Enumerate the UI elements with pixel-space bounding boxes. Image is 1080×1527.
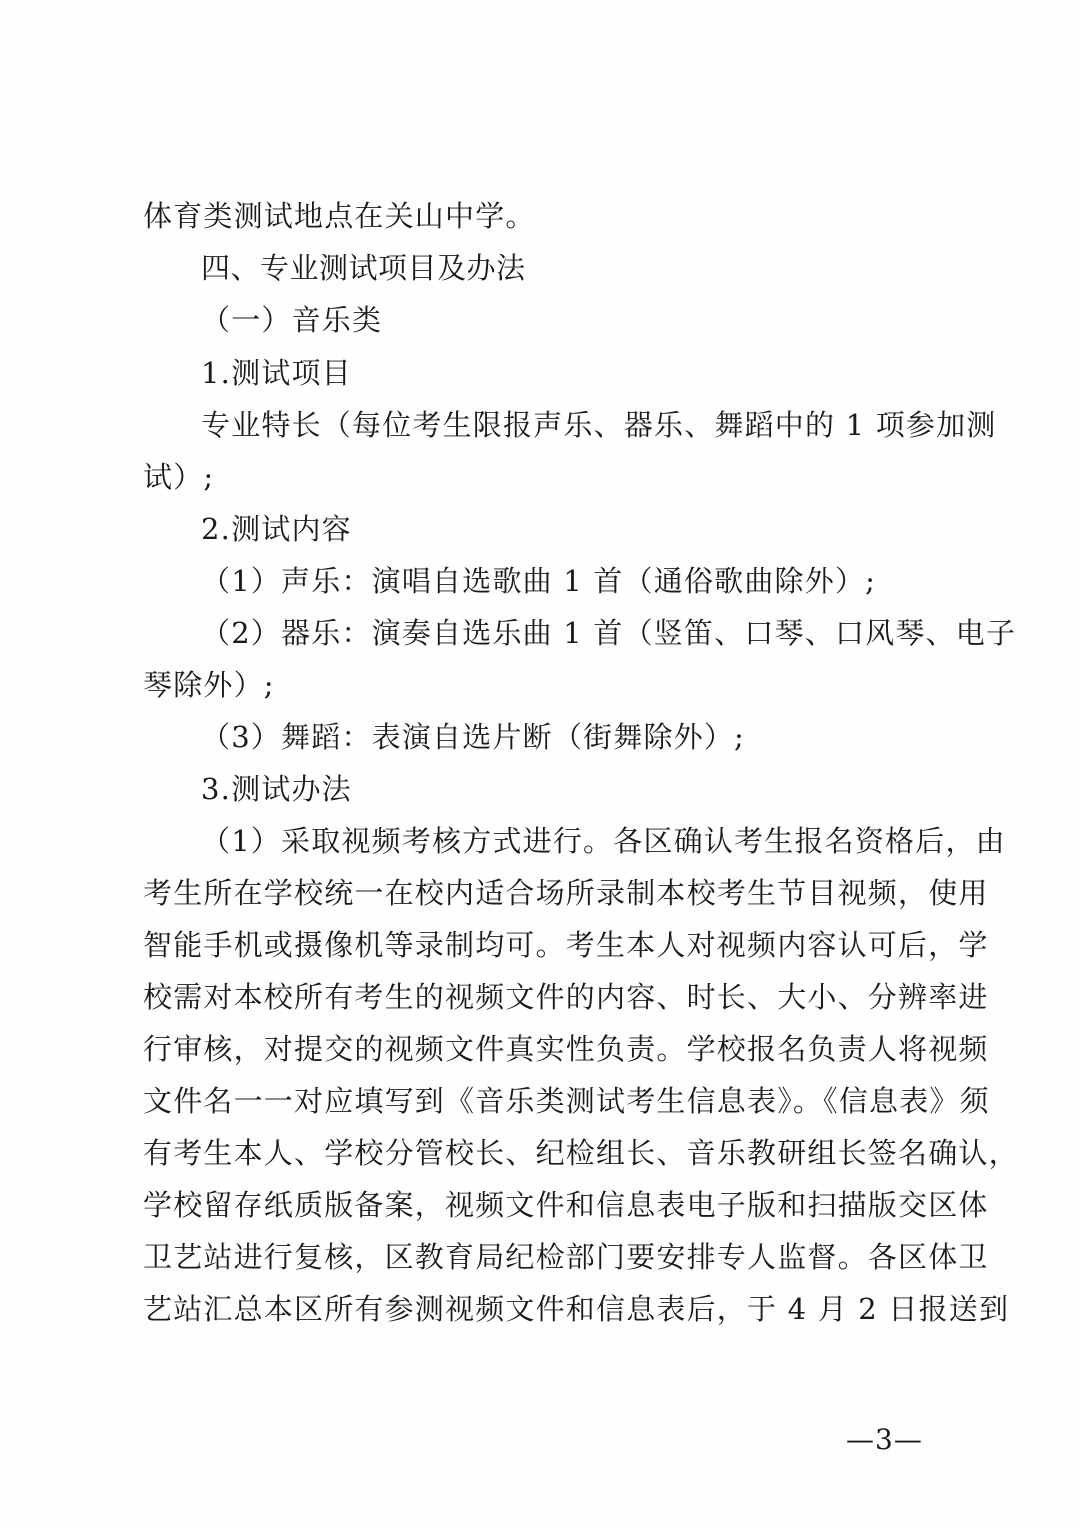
section-heading: 四、专业测试项目及办法 — [201, 251, 938, 285]
document-page: 体育类测试地点在关山中学。 四、专业测试项目及办法 （一）音乐类 1.测试项目 … — [0, 0, 1080, 1527]
body-text-line: 有考生本人、学校分管校长、纪检组长、音乐教研组长签名确认， — [143, 1136, 938, 1170]
body-text-line: 学校留存纸质版备案，视频文件和信息表电子版和扫描版交区体 — [143, 1188, 938, 1222]
body-text-line: 艺站汇总本区所有参测视频文件和信息表后，于 4 月 2 日报送到 — [143, 1292, 938, 1326]
body-text-line: 考生所在学校统一在校内适合场所录制本校考生节目视频，使用 — [143, 876, 938, 910]
body-text-line: 校需对本校所有考生的视频文件的内容、时长、大小、分辨率进 — [143, 980, 938, 1014]
body-text-line: 体育类测试地点在关山中学。 — [143, 199, 938, 233]
body-text-line: 行审核，对提交的视频文件真实性负责。学校报名负责人将视频 — [143, 1032, 938, 1066]
body-text-line: 琴除外）; — [143, 668, 938, 702]
body-text-line: 卫艺站进行复核，区教育局纪检部门要安排专人监督。各区体卫 — [143, 1240, 938, 1274]
body-text-line: （1）声乐：演唱自选歌曲 1 首（通俗歌曲除外）; — [201, 564, 938, 598]
body-text-line: （3）舞蹈：表演自选片断（街舞除外）; — [201, 720, 938, 754]
subsection-heading: （一）音乐类 — [201, 303, 938, 337]
body-text-line: （2）器乐：演奏自选乐曲 1 首（竖笛、口琴、口风琴、电子 — [201, 616, 938, 650]
item-heading: 1.测试项目 — [201, 356, 938, 390]
item-heading: 2.测试内容 — [201, 512, 938, 546]
body-text-line: （1）采取视频考核方式进行。各区确认考生报名资格后，由 — [201, 824, 938, 858]
body-text-line: 试）; — [143, 460, 938, 494]
body-text-line: 专业特长（每位考生限报声乐、器乐、舞蹈中的 1 项参加测 — [201, 408, 938, 442]
body-text-line: 智能手机或摄像机等录制均可。考生本人对视频内容认可后，学 — [143, 928, 938, 962]
body-text-line: 文件名一一对应填写到《音乐类测试考生信息表》。《信息表》须 — [143, 1084, 938, 1118]
page-number: —3— — [846, 1424, 923, 1456]
item-heading: 3.测试办法 — [201, 772, 938, 806]
